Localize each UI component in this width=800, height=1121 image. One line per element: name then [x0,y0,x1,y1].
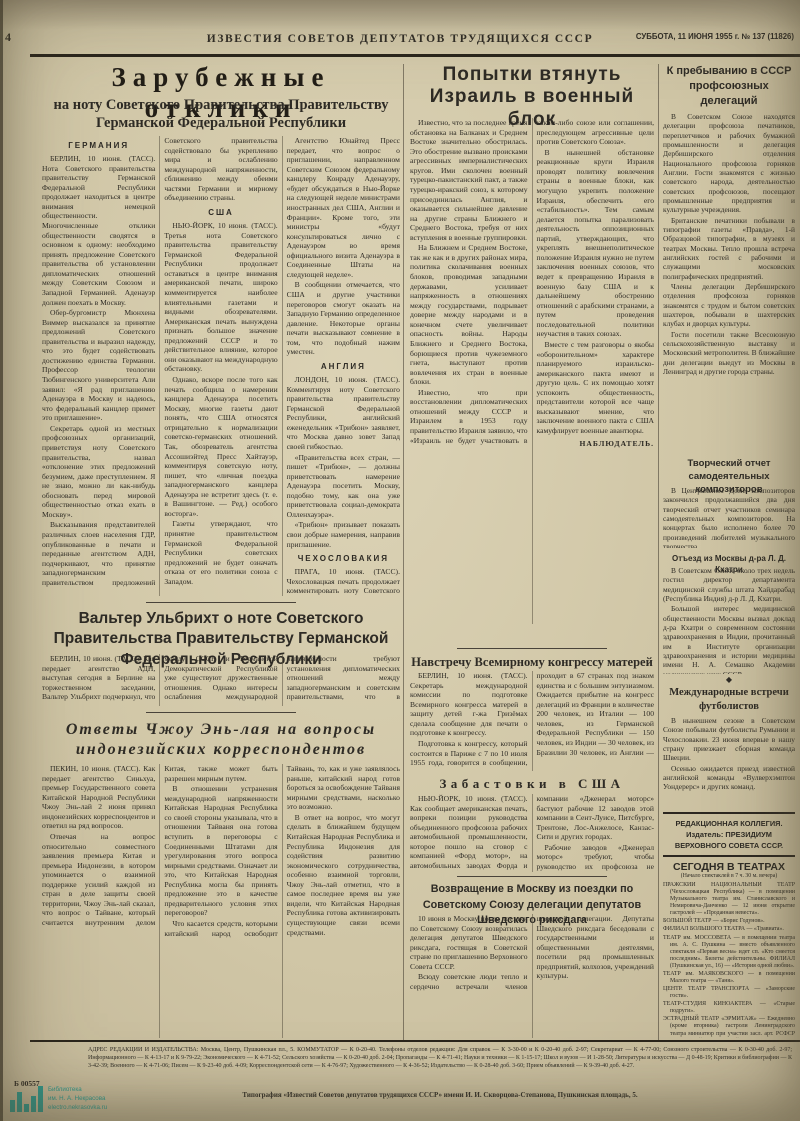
paragraph: «Правительства всех стран, — пишет «Триб… [287,453,400,520]
paragraph: Обер-бургомистр Мюнхена Виммер высказалс… [42,308,155,423]
paragraph: 10 июня в Москву после поездки по Советс… [410,914,528,971]
theatre-listing-item: ФИЛИАЛ БОЛЬШОГО ТЕАТРА — «Травиата». [663,926,795,933]
masthead-rule [30,54,800,57]
paragraph: В нынешней обстановке реакционные круги … [537,148,655,339]
paragraph: БЕРЛИН, 10 июня. (ТАСС). Секретарь между… [410,671,528,738]
article-body-union-delegations: В Советском Союзе находятся делегации пр… [663,112,795,452]
theatre-listing-item: ТЕАТР-СТУДИЯ КИНОАКТЕРА — «Старые подруг… [663,1001,795,1015]
paragraph: Британские печатники побывали в типограф… [663,216,795,281]
scan-left-edge [0,0,3,1121]
article-separator-rule [146,602,296,603]
article-body-zhou-enlai: ПЕКИН, 10 июня. (ТАСС). Как передает аге… [42,764,400,1038]
footer-rule [30,1040,800,1042]
paragraph: НЬЮ-ЙОРК, 10 июня. (ТАСС). Третья нота С… [164,221,277,374]
watermark-line: им. Н. А. Некрасова [48,1095,107,1104]
watermark-line: electro.nekrasovka.ru [48,1104,107,1113]
paragraph: Вместе с тем разговоры о якобы «оборонит… [537,340,655,436]
paragraph: Однако, вскоре после того как печать соо… [164,375,277,518]
theatre-listing-item: ПРАЖСКИЙ НАЦИОНАЛЬНЫЙ ТЕАТР (Чехословацк… [663,882,795,917]
theatre-listing-item: ТЕАТР им. МАЯКОВСКОГО — в помещении Мало… [663,971,795,985]
article-title-zhou-enlai: Ответы Чжоу Энь-лая на вопросы индонезий… [42,720,400,760]
article-title-football-matches: Международные встречи футболистов [663,686,795,714]
paragraph: Гости посетили также Всесоюзную сельскох… [663,330,795,377]
editorial-board-line: Издатель: ПРЕЗИДИУМ [665,829,793,840]
left-region: Зарубежные отклики на ноту Советского Пр… [42,64,400,1038]
article-body-swedish-riksdag: 10 июня в Москву после поездки по Советс… [410,914,654,1038]
section-header-germany: ГЕРМАНИЯ [42,141,155,151]
article-title-mothers-congress: Навстречу Всемирному конгрессу матерей [410,655,654,670]
theatre-listing-item: БОЛЬШОЙ ТЕАТР — «Борис Годунов». [663,918,795,925]
paragraph: Агентство Юнайтед Пресс передает, что во… [287,136,400,279]
paragraph: Члены делегации Дербиширского отделения … [663,282,795,329]
paragraph: В Советском Союзе около трех недель гост… [663,566,795,603]
date-issue-number: СУББОТА, 11 ИЮНЯ 1955 г. № 137 (11826) [636,32,794,41]
article-body-football-matches: В нынешнем сезоне в Советском Союзе побы… [663,716,795,808]
paragraph: На Ближнем и Среднем Востоке, так же как… [410,243,528,386]
paragraph: В ответ на вопрос, что могут сделать в б… [287,813,400,937]
article-separator-rule [457,648,607,649]
article-body-ulbricht: БЕРЛИН, 10 июня. (ТАСС). Как передает аг… [42,654,400,706]
paragraph: БЕРЛИН, 10 июня. (ТАСС). Нота Советского… [42,154,155,307]
paragraph: Секретарь одной из местных профсоюзных о… [42,424,155,520]
editorial-board-line: ВЕРХОВНОГО СОВЕТА СССР. [665,840,793,851]
article-body-amateur-composers: В Центральном Доме композиторов закончил… [663,486,795,548]
column-divider [658,64,659,1040]
paragraph: ЛОНДОН, 10 июня. (ТАСС). Комментируя нот… [287,375,400,452]
article-body-khatri-departure: В Советском Союзе около трех недель гост… [663,566,795,674]
article-title-union-delegations: К пребыванию в СССР профсоюзных делегаци… [663,64,795,109]
column-divider [403,64,404,1040]
theatres-listing: ПРАЖСКИЙ НАЦИОНАЛЬНЫЙ ТЕАТР (Чехословацк… [663,882,795,1038]
newspaper-page: 4 ИЗВЕСТИЯ СОВЕТОВ ДЕПУТАТОВ ТРУДЯЩИХСЯ … [0,0,800,1121]
diamond-separator-icon: ◆ [663,676,795,684]
paragraph: ПЕКИН, 10 июня. (ТАСС). Как передает аге… [42,764,155,831]
paragraph: В сообщении отмечается, что США и другие… [287,280,400,357]
theatres-section-subtitle: (Начало спектаклей в 7 ч. 30 м. вечера) [663,873,795,879]
paragraph: Газеты утверждают, что принятие правител… [164,519,277,586]
paragraph: В нынешнем сезоне в Советском Союзе побы… [663,716,795,763]
section-header-czechoslovakia: ЧЕХОСЛОВАКИЯ [287,554,400,564]
section-header-england: АНГЛИЯ [287,362,400,372]
printing-house-line: Типография «Известий Советов депутатов т… [110,1091,770,1099]
theatre-listing-item: ЦЕНТР. ТЕАТР ТРАНСПОРТА — «Заморские гос… [663,986,795,1000]
paragraph: В Советском Союзе находятся делегации пр… [663,112,795,215]
paragraph: БЕРЛИН, 10 июня. (ТАСС). Как передает аг… [42,654,400,706]
right-region: К пребыванию в СССР профсоюзных делегаци… [663,64,795,1038]
paragraph: «Трибюн» призывает показать свои добрые … [287,520,400,549]
article-body-israel-bloc: Известно, что за последнее время обстано… [410,118,654,624]
library-logo-bars-icon [10,1084,43,1112]
middle-region: Попытки втянуть Израиль в военный блок И… [410,64,654,1038]
watermark-line: Библиотека [48,1086,107,1095]
article-body-us-strikes: НЬЮ-ЙОРК, 10 июня. (ТАСС). Как сообщает … [410,794,654,872]
paragraph: Большой интерес медицинской общественнос… [663,604,795,674]
paragraph: В Центральном Доме композиторов закончил… [663,486,795,548]
library-watermark-text: Библиотека им. Н. А. Некрасова electro.n… [48,1086,107,1113]
section-header-usa: США [164,208,277,218]
article-signature: НАБЛЮДАТЕЛЬ. [537,439,655,449]
theatre-listing-item: ТЕАТР им. МОССОВЕТА — в помещении театра… [663,935,795,970]
editorial-board-line: РЕДАКЦИОННАЯ КОЛЛЕГИЯ. [665,818,793,829]
article-subtitle-foreign-responses: на ноту Советского Правительства Правите… [42,97,400,132]
article-body-mothers-congress: БЕРЛИН, 10 июня. (ТАСС). Секретарь между… [410,671,654,771]
article-separator-rule [146,712,296,713]
editorial-address: АДРЕС РЕДАКЦИИ И ИЗДАТЕЛЬСТВА: Москва, Ц… [88,1046,792,1070]
paragraph: Осенью ожидается приезд известной англий… [663,764,795,792]
editorial-board-box: РЕДАКЦИОННАЯ КОЛЛЕГИЯ. Издатель: ПРЕЗИДИ… [663,812,795,857]
paragraph: В отношении устранения международной нап… [164,784,277,918]
article-title-us-strikes: Забастовки в США [410,776,654,792]
article-body-foreign-responses: ГЕРМАНИЯ БЕРЛИН, 10 июня. (ТАСС). Нота С… [42,136,400,596]
scan-top-shadow [0,0,800,30]
article-separator-rule [457,876,607,877]
theatre-listing-item: ЭСТРАДНЫЙ ТЕАТР «ЭРМИТАЖ» — Ежедневно (к… [663,1016,795,1038]
paragraph: Известно, что за последнее время обстано… [410,118,528,242]
